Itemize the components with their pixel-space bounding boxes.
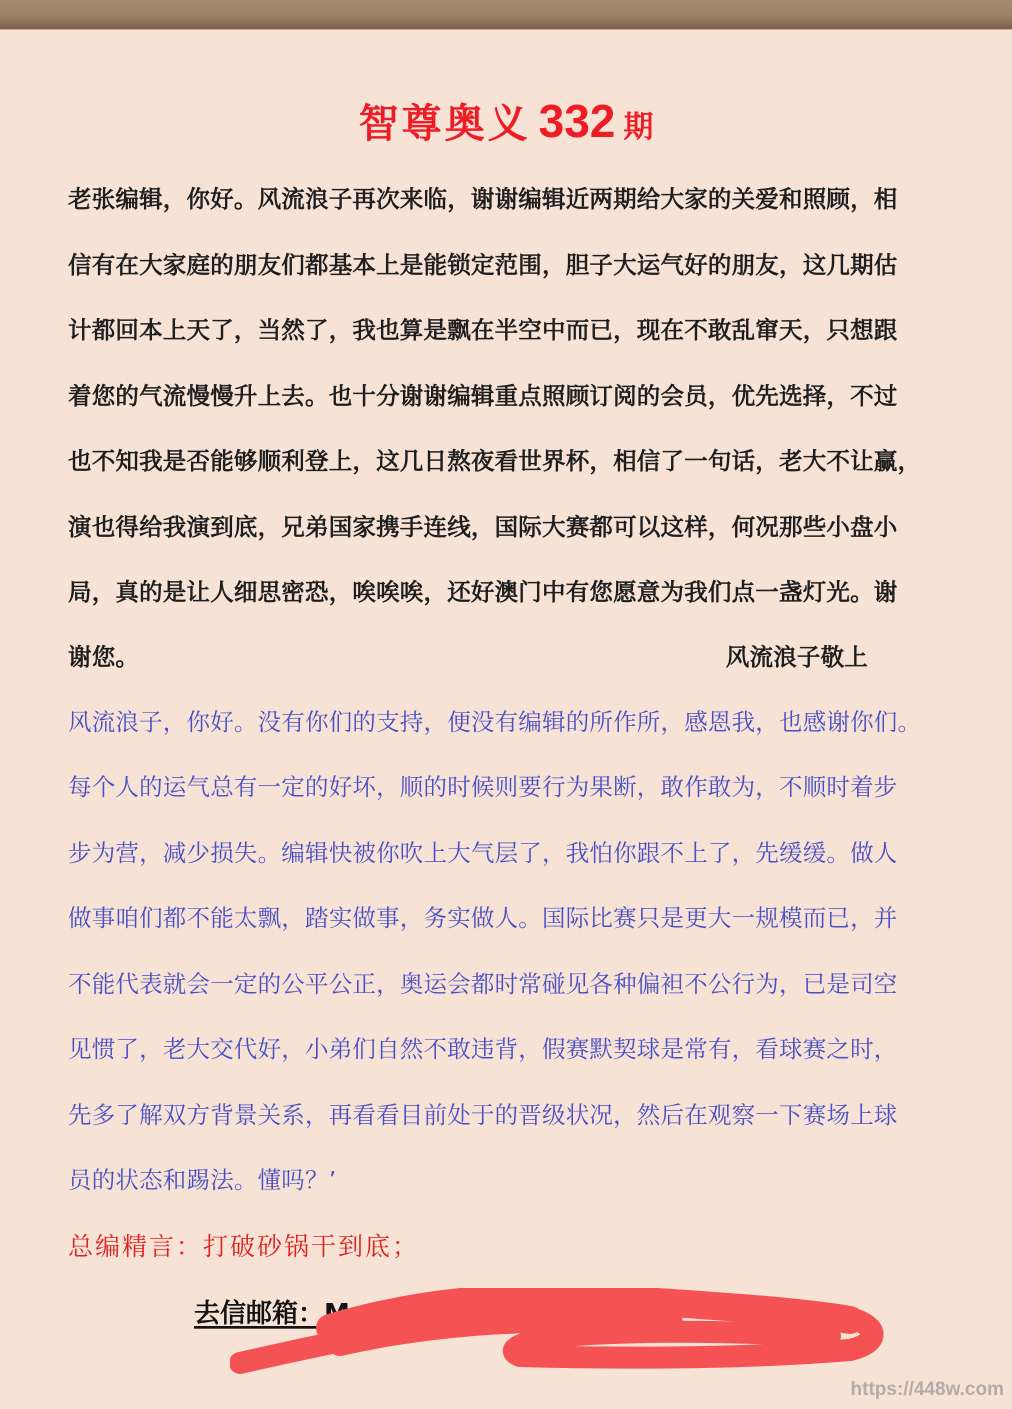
wood-header-bar bbox=[0, 0, 1012, 30]
reply-line: 步为营，减少损失。编辑快被你吹上大气层了，我怕你跟不上了，先缓缓。做人 bbox=[68, 837, 940, 869]
site-watermark: https://448w.com bbox=[851, 1379, 1004, 1401]
reply-line: 见惯了，老大交代好，小弟们自然不敢违背，假赛默契球是常有，看球赛之时， bbox=[68, 1033, 940, 1065]
letter-line: 着您的气流慢慢升上去。也十分谢谢编辑重点照顾订阅的会员，优先选择，不过 bbox=[68, 380, 940, 412]
letter-line: 计都回本上天了，当然了，我也算是飘在半空中而已，现在不敢乱窜天，只想跟 bbox=[68, 314, 940, 346]
issue-number: 332 bbox=[539, 95, 616, 147]
reply-line: 做事咱们都不能太飘，踏实做事，务实做人。国际比赛只是更大一规模而已，并 bbox=[68, 902, 940, 934]
issue-title: 智尊奥义332期 bbox=[0, 92, 1012, 149]
title-main: 智尊奥义 bbox=[359, 100, 531, 147]
reply-line: 不能代表就会一定的公平公正，奥运会都时常碰见各种偏袒不公行为，已是司空 bbox=[68, 968, 940, 1000]
reply-line: 每个人的运气总有一定的好坏，顺的时候则要行为果断，敢作敢为，不顺时着步 bbox=[68, 771, 940, 803]
reply-line: 先多了解双方背景关系，再看看目前处于的晋级状况，然后在观察一下赛场上球 bbox=[68, 1099, 940, 1131]
letter-line: 信有在大家庭的朋友们都基本上是能锁定范围，胆子大运气好的朋友，这几期估 bbox=[68, 249, 940, 281]
chief-editor-motto: 总编精言：打破砂锅干到底； bbox=[68, 1227, 419, 1263]
title-suffix: 期 bbox=[623, 110, 653, 145]
letter-line: 局，真的是让人细思密恐，唉唉唉，还好澳门中有您愿意为我们点一盏灯光。谢 bbox=[68, 576, 940, 608]
letter-signature: 风流浪子敬上 bbox=[726, 641, 868, 673]
letter-line: 也不知我是否能够顺利登上，这几日熬夜看世界杯，相信了一句话，老大不让赢， bbox=[68, 445, 940, 477]
letter-line: 老张编辑，你好。风流浪子再次来临，谢谢编辑近两期给大家的关爱和照顾，相 bbox=[68, 183, 940, 215]
letter-line-last: 谢您。 风流浪子敬上 bbox=[68, 641, 940, 673]
reply-line: 员的状态和踢法。懂吗？’ bbox=[68, 1164, 940, 1196]
letter-line: 演也得给我演到底，兄弟国家携手连线，国际大赛都可以这样，何况那些小盘小 bbox=[68, 511, 940, 543]
redaction-scribble bbox=[230, 1288, 890, 1378]
reply-line: 风流浪子，你好。没有你们的支持，便没有编辑的所作所，感恩我，也感谢你们。 bbox=[68, 706, 940, 738]
letter-closing: 谢您。 bbox=[68, 643, 139, 671]
